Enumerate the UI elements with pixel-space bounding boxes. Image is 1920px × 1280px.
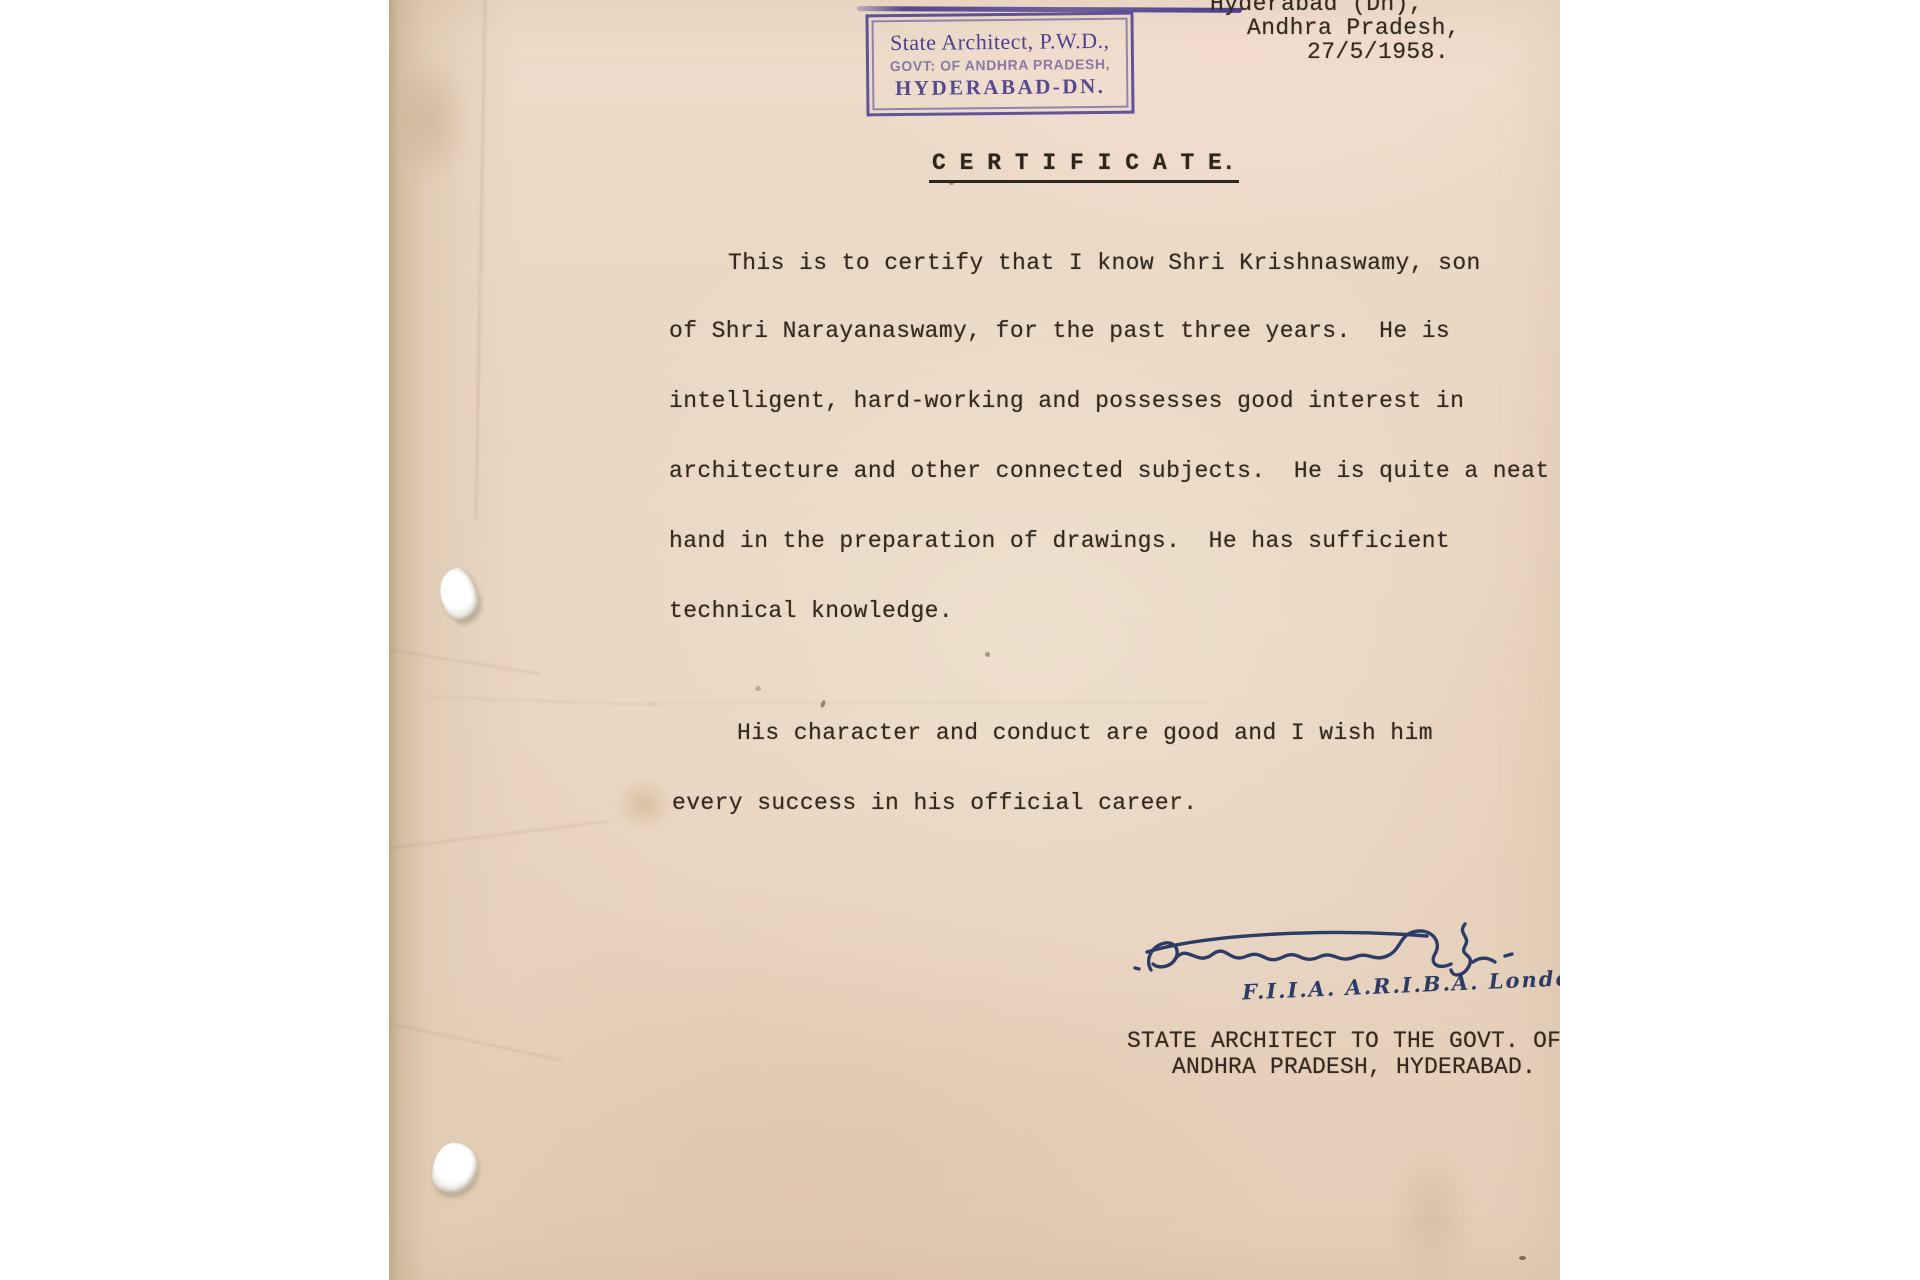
signatory-office-line-1: STATE ARCHITECT TO THE GOVT. OF xyxy=(1127,1028,1560,1054)
official-stamp-border: State Architect, P.W.D., GOVT: OF ANDHRA… xyxy=(872,18,1129,111)
dateline-region: Andhra Pradesh, xyxy=(1247,16,1460,40)
paper-stain xyxy=(1392,1148,1472,1280)
crease-mark xyxy=(389,647,541,675)
ink-speck xyxy=(985,652,990,657)
signatory-office-line-2: ANDHRA PRADESH, HYDERABAD. xyxy=(1172,1054,1560,1080)
para1-line-2: of Shri Narayanaswamy, for the past thre… xyxy=(669,318,1450,345)
punch-hole xyxy=(435,564,483,625)
stamp-line-govt: GOVT: OF ANDHRA PRADESH, xyxy=(890,55,1110,73)
certificate-paper: State Architect, P.W.D., GOVT: OF ANDHRA… xyxy=(389,0,1560,1280)
dateline: Hyderabad (Dn), Andhra Pradesh, 27/5/195… xyxy=(1210,0,1460,64)
para1-line-4: architecture and other connected subject… xyxy=(669,458,1550,485)
dateline-place: Hyderabad (Dn), xyxy=(1210,0,1460,16)
official-stamp: State Architect, P.W.D., GOVT: OF ANDHRA… xyxy=(865,12,1134,117)
punch-hole xyxy=(429,1140,481,1198)
paper-stain xyxy=(395,55,470,185)
para1-line-6: technical knowledge. xyxy=(669,598,953,625)
para2-line-1: His character and conduct are good and I… xyxy=(737,720,1433,747)
para1-line-3: intelligent, hard-working and possesses … xyxy=(669,388,1464,415)
para1-line-1: This is to certify that I know Shri Kris… xyxy=(728,250,1481,277)
paper-stain xyxy=(615,778,673,830)
para1-line-5: hand in the preparation of drawings. He … xyxy=(669,528,1450,555)
dateline-date: 27/5/1958. xyxy=(1307,40,1460,64)
ink-speck xyxy=(1519,1256,1526,1260)
scanned-certificate-screenshot: State Architect, P.W.D., GOVT: OF ANDHRA… xyxy=(0,0,1920,1280)
certificate-title: C E R T I F I C A T E. xyxy=(929,150,1239,183)
ink-speck xyxy=(820,700,826,709)
ink-speck xyxy=(755,686,761,691)
crease-mark xyxy=(649,702,1209,704)
crease-mark xyxy=(429,696,659,706)
para2-line-2: every success in his official career. xyxy=(672,790,1197,817)
crease-mark xyxy=(389,820,608,851)
signatory-office: STATE ARCHITECT TO THE GOVT. OF ANDHRA P… xyxy=(1127,1028,1560,1080)
crease-mark xyxy=(389,1021,562,1061)
crease-mark xyxy=(474,0,486,520)
stamp-line-office: State Architect, P.W.D., xyxy=(890,27,1110,55)
stamp-line-city: HYDERABAD-DN. xyxy=(895,73,1106,100)
